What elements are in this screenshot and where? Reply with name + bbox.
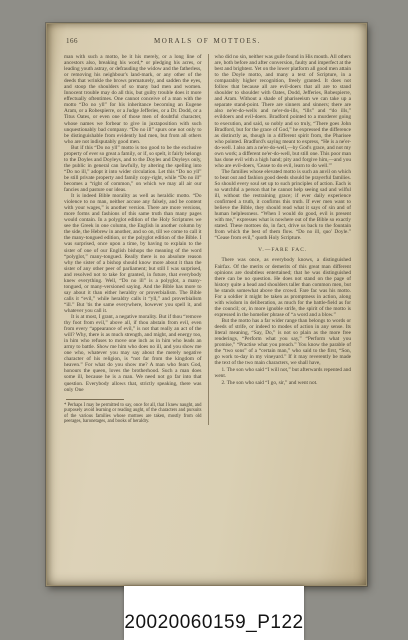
book-page: 166 MORALS OF MOTTOES. man with such a m…: [46, 23, 367, 586]
paragraph: But the motto has a far wider range than…: [215, 318, 352, 366]
running-title: MORALS OF MOTTOES.: [64, 37, 351, 45]
paragraph: There was once, as everybody knows, a di…: [215, 257, 352, 317]
list-item: 2. The son who said “I go, sir,” and wen…: [215, 380, 352, 386]
right-column: who did no sin, neither was guile found …: [208, 54, 352, 425]
archive-label-text: 20020060159_P122: [124, 612, 303, 634]
left-column: man with such a motto, be it his merely,…: [64, 54, 208, 425]
paragraph: The families whose elevated motto is suc…: [215, 169, 352, 242]
section-heading: V.—FARE FAC.: [215, 247, 352, 253]
scanned-book-photo: 166 MORALS OF MOTTOES. man with such a m…: [0, 0, 408, 640]
text-columns: man with such a motto, be it his merely,…: [64, 54, 351, 425]
paragraph: It is indeed Bible morality as well as h…: [64, 193, 202, 314]
paragraph: It is at most, I grant, a negative moral…: [64, 314, 202, 393]
paragraph-continuation: man with such a motto, be it his merely,…: [64, 54, 202, 145]
paragraph-continuation: who did no sin, neither was guile found …: [215, 54, 352, 169]
paragraph: But if this “Do no yll” motto is too goo…: [64, 145, 202, 193]
list-item: 1. The son who said “I will not,” but af…: [215, 367, 352, 379]
archive-label: 20020060159_P122: [124, 586, 304, 640]
page-header: 166 MORALS OF MOTTOES.: [64, 37, 351, 47]
footnote-rule: [66, 399, 124, 400]
footnote: * Perhaps I may be permitted to say, onc…: [64, 403, 202, 425]
page-number: 166: [66, 37, 78, 45]
